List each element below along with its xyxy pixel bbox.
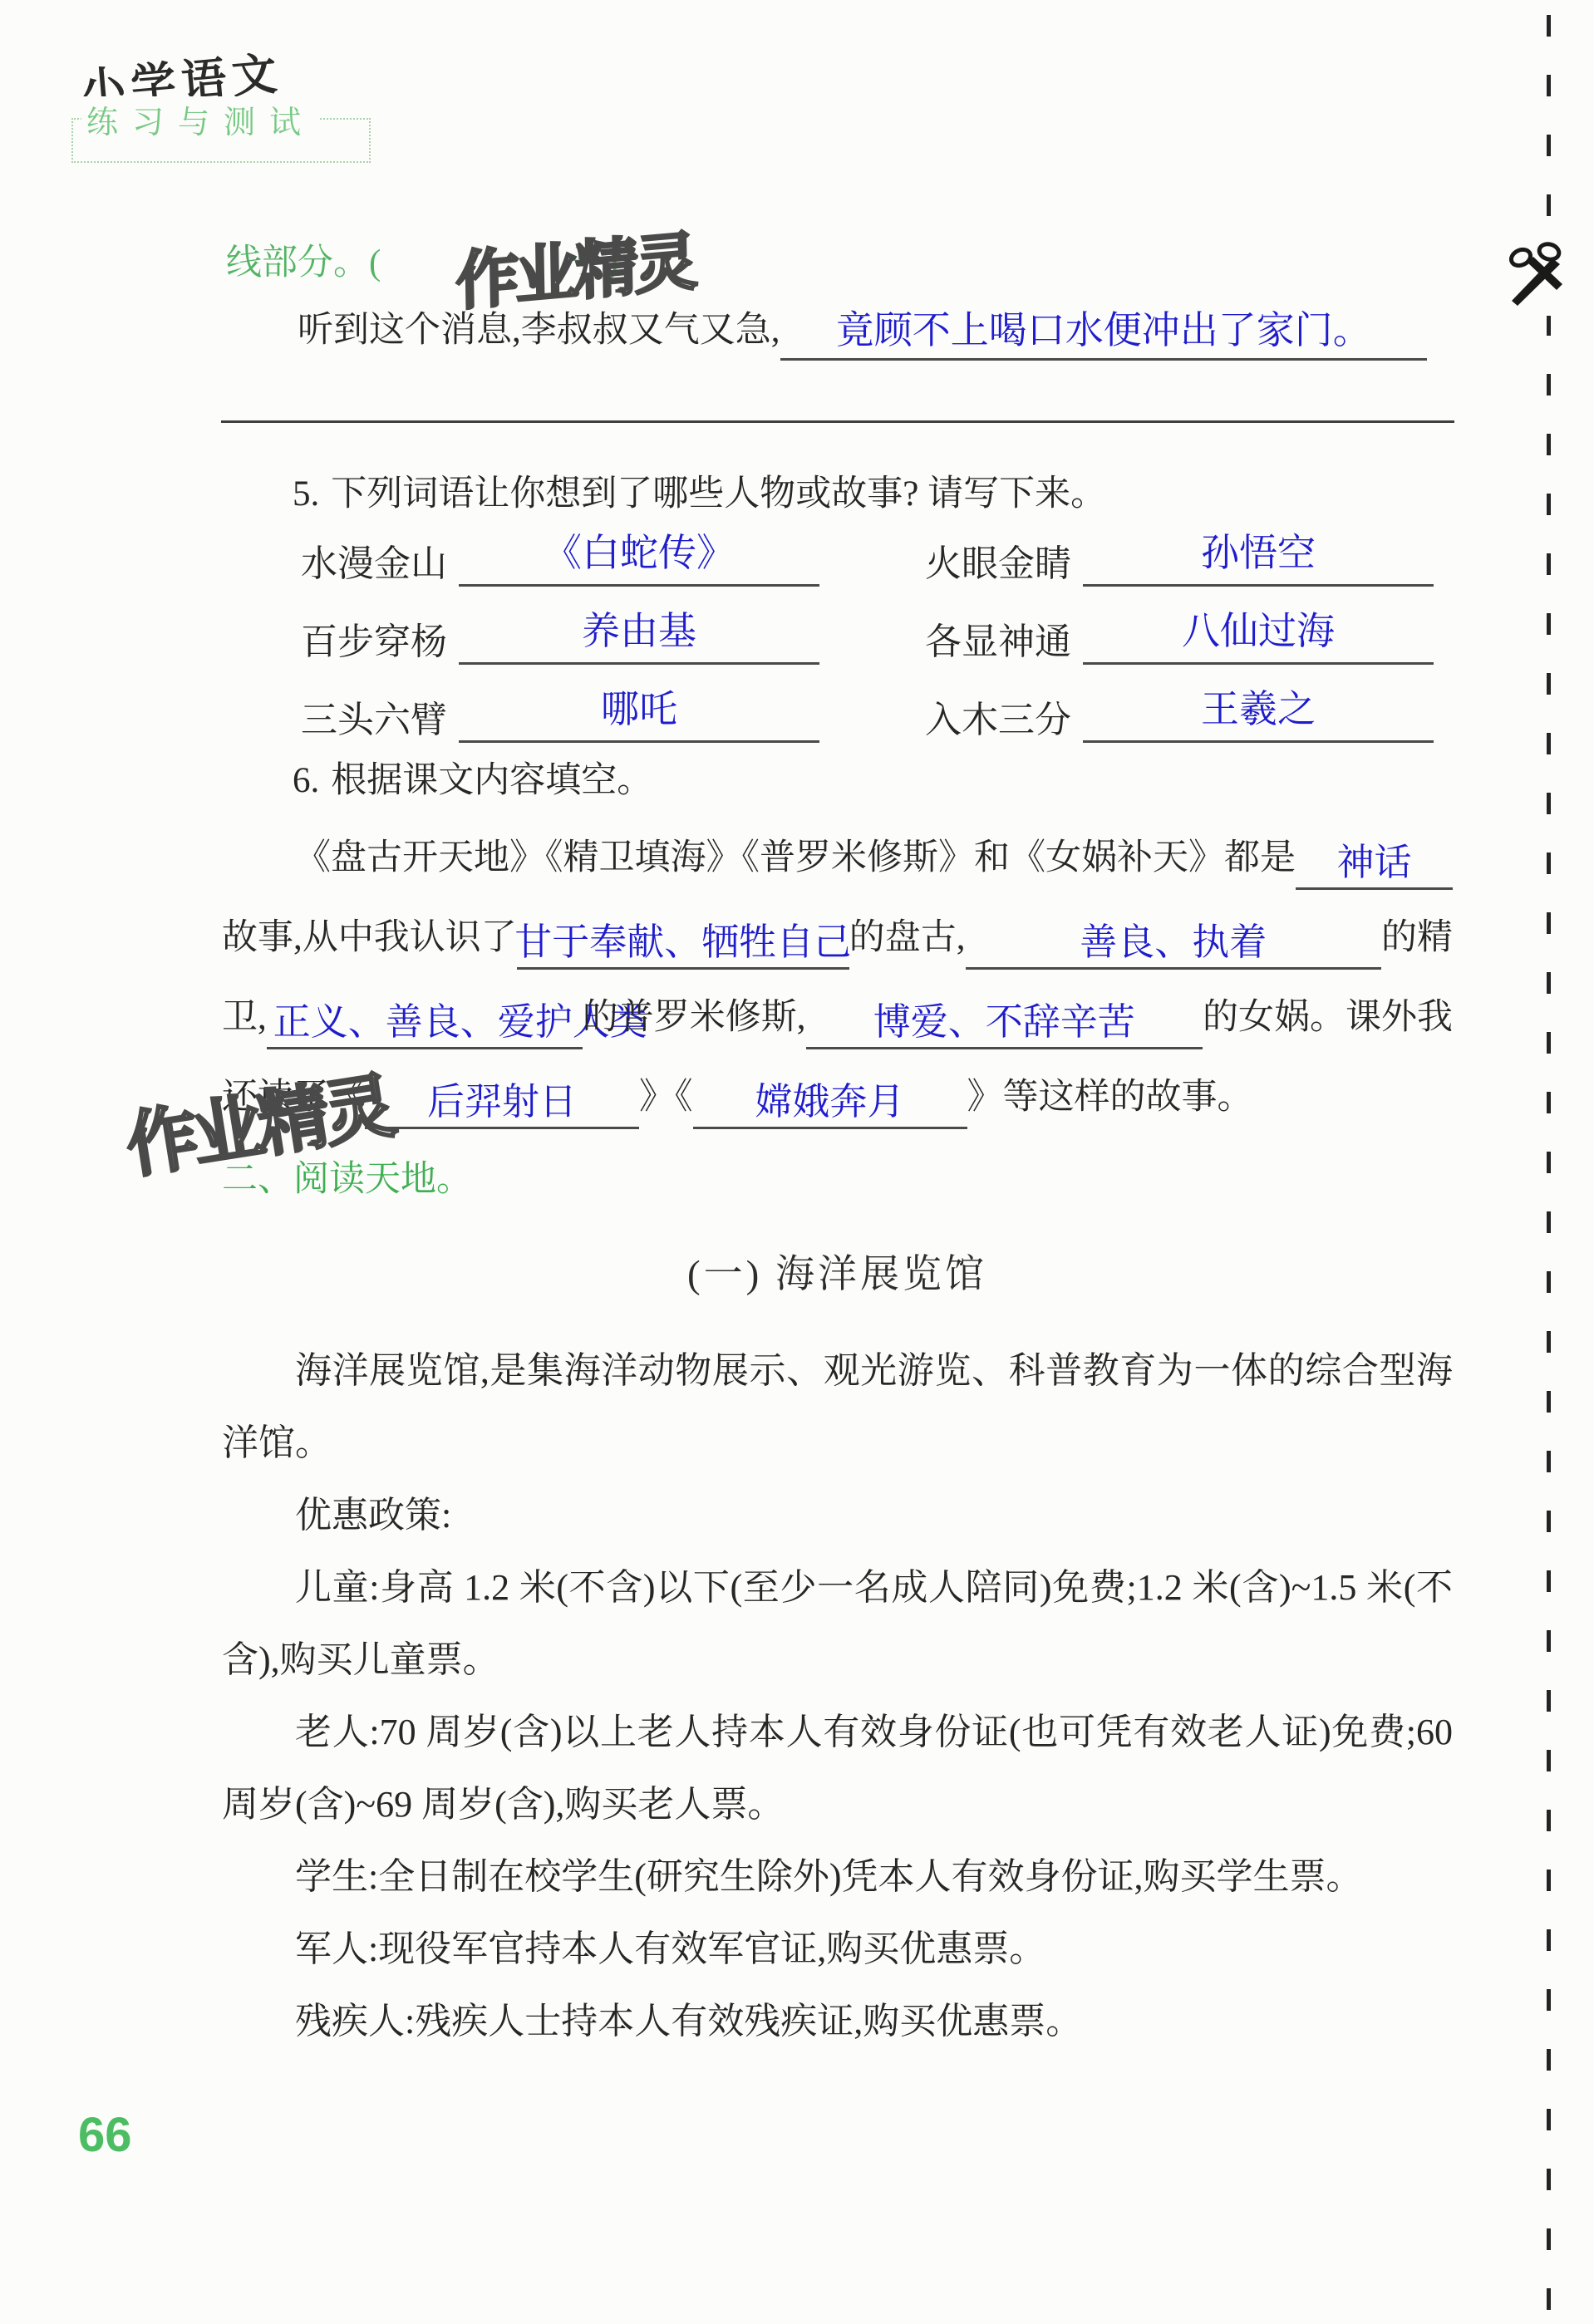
question6-answer: 神话 [1330,832,1418,887]
question5-item: 火眼金睛 孙悟空 [925,509,1434,587]
question5-prompt: 下列词语让你想到了哪些人物或故事? 请写下来。 [331,474,1106,513]
question5-item: 百步穿杨 养由基 [301,587,819,665]
question5-term: 水漫金山 [301,533,447,587]
reading-paragraph: 老人:70 周岁(含)以上老人持本人有效身份证(也可凭有效老人证)免费;60 周… [222,1696,1453,1840]
cut-dashed-line [1547,15,1551,2313]
question6-text: 的女娲。课外我 [1203,989,1453,1039]
question5-blank: 王羲之 [1083,679,1434,743]
question4-answer: 竟顾不上喝口水便冲出了家门。 [829,300,1378,358]
question6-line3: 卫, 正义、善良、爱护人类 的普罗米修斯, 博爱、不辞辛苦 的女娲。课外我 [222,970,1453,1049]
question6-prompt: 根据课文内容填空。 [331,761,652,800]
question5-blank: 孙悟空 [1083,523,1434,587]
question5-answer: 王羲之 [1194,679,1322,740]
section-divider [221,420,1454,423]
question6-blank: 博爱、不辞辛苦 [806,991,1203,1049]
question5-blank: 养由基 [459,601,819,665]
question5-term: 入木三分 [925,690,1071,743]
question6-blank: 正义、善良、爱护人类 [267,991,583,1049]
question6-text: 》《 [639,1069,693,1119]
question6-text: 故事,从中我认识了 [222,909,517,960]
question6-answer: 善良、执着 [1073,911,1273,967]
reading-paragraph: 残疾人:残疾人士持本人有效残疾证,购买优惠票。 [222,1985,1453,2057]
question6-answer: 后羿射日 [421,1071,583,1127]
question5-term: 各显神通 [925,612,1071,665]
brand-subtitle-box: 练习与测试 [71,118,371,163]
question5-item: 水漫金山 《白蛇传》 [301,509,819,587]
question5-term: 百步穿杨 [301,612,447,665]
question5-item: 各显神通 八仙过海 [925,587,1434,665]
question6-blank: 后羿射日 [365,1071,639,1129]
question6-blank: 嫦娥奔月 [693,1071,967,1129]
reading-paragraph: 学生:全日制在校学生(研究生除外)凭本人有效身份证,购买学生票。 [222,1840,1453,1913]
reading-body: 海洋展览馆,是集海洋动物展示、观光游览、科普教育为一体的综合型海洋馆。 优惠政策… [222,1334,1453,2057]
scissors-icon [1503,239,1579,316]
reading-title: (一) 海洋展览馆 [222,1243,1453,1299]
question6-text: 的普罗米修斯, [583,989,806,1039]
question5-blank: 《白蛇传》 [459,523,819,587]
question5-item: 三头六臂 哪吒 [301,665,819,743]
question5-item: 入木三分 王羲之 [925,665,1434,743]
page-number: 66 [78,2107,132,2163]
question6-answer: 甘于奉献、牺牲自己 [508,911,858,967]
brand-subtitle: 练习与测试 [81,96,320,142]
question6-header: 6.根据课文内容填空。 [293,752,652,803]
question6-text: 的盘古, [849,909,966,960]
question5-term: 火眼金睛 [925,533,1071,587]
reading-paragraph: 优惠政策: [222,1479,1453,1551]
question6-answer: 嫦娥奔月 [748,1071,911,1127]
question5-answer: 孙悟空 [1194,523,1322,584]
question5-blank: 八仙过海 [1083,601,1434,665]
question6-line2: 故事,从中我认识了 甘于奉献、牺牲自己 的盘古, 善良、执着 的精 [222,890,1453,970]
question6-text: 卫, [222,989,267,1039]
question6-blank: 甘于奉献、牺牲自己 [517,911,849,970]
workbook-page: 小学语文 练习与测试 作业精灵 线部分。( 子) 听到这个消息,李叔叔又气又急,… [0,0,1594,2324]
question5-term: 三头六臂 [301,690,447,743]
reading-paragraph: 军人:现役军官持本人有效军官证,购买优惠票。 [222,1913,1453,1985]
question6-text: 的精 [1381,909,1453,960]
question6-blank: 善良、执着 [966,911,1382,970]
question5-answer: 哪吒 [594,679,684,740]
question6-text: 》等这样的故事。 [967,1069,1253,1119]
reading-paragraph: 海洋展览馆,是集海洋动物展示、观光游览、科普教育为一体的综合型海洋馆。 [222,1334,1453,1479]
reading-paragraph: 儿童:身高 1.2 米(不含)以下(至少一名成人陪同)免费;1.2 米(含)~1… [222,1551,1453,1696]
question6-line1: 《盘古开天地》《精卫填海》《普罗米修斯》和《女娲补天》都是 神话 [222,810,1453,890]
question6-line4: 还读了《 后羿射日 》《 嫦娥奔月 》等这样的故事。 [222,1049,1453,1129]
question5-answer: 八仙过海 [1175,601,1341,662]
question5-blank: 哪吒 [459,679,819,743]
question6-answer: 博爱、不辞辛苦 [867,991,1142,1047]
question5-answer: 《白蛇传》 [537,523,741,584]
question6-body: 《盘古开天地》《精卫填海》《普罗米修斯》和《女娲补天》都是 神话 故事,从中我认… [222,810,1453,1129]
carryover-prefix: 线部分。( [226,234,381,285]
question5-grid: 水漫金山 《白蛇传》 火眼金睛 孙悟空 百步穿杨 养由基 各显神通 八仙过海 三… [301,509,1434,743]
question6-blank: 神话 [1296,832,1453,890]
question5-answer: 养由基 [575,601,703,662]
question5-number: 5. [293,474,319,513]
question6-number: 6. [293,761,319,800]
question6-text: 《盘古开天地》《精卫填海》《普罗米修斯》和《女娲补天》都是 [295,829,1296,880]
question4-blank: 竟顾不上喝口水便冲出了家门。 [780,300,1428,361]
